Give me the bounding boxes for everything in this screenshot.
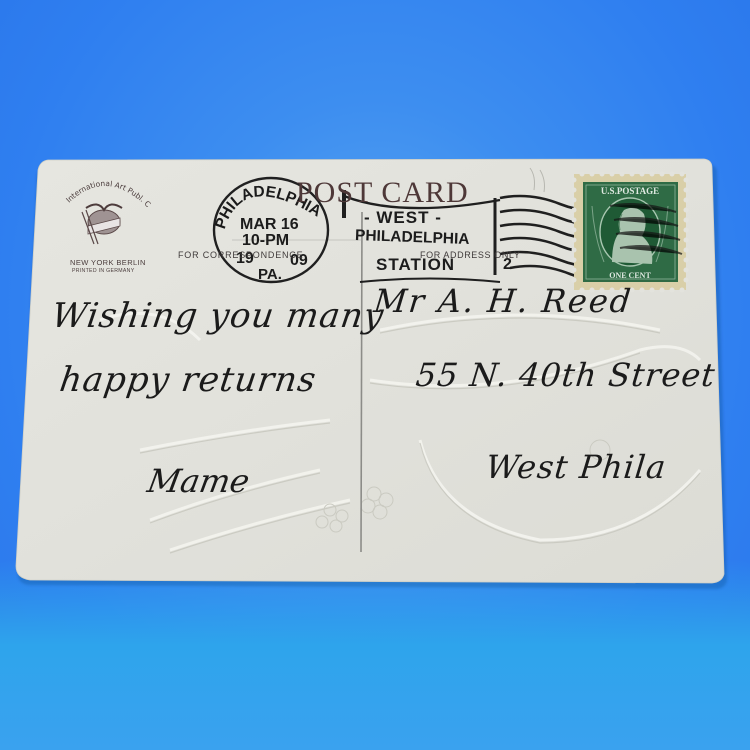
message-signature: Mame [145,462,253,500]
message-line-2: happy returns [57,360,319,400]
postmark-state: PA. [258,266,282,283]
cancel-number: 2 [503,256,512,274]
stamp-bottom-text: ONE CENT [609,271,651,280]
message-line-1: Wishing you many [49,296,387,336]
address-city: West Phila [484,448,668,486]
divider-line [361,212,362,552]
address-street: 55 N. 40th Street [414,356,717,394]
postage-stamp: U.S.POSTAGE ONE CENT [572,172,689,293]
stamp-top-text: U.S.POSTAGE [601,186,659,196]
postcard: International Art Publ. Co. PHILADELPHIA [0,0,750,750]
publisher-cities: NEW YORK BERLIN [70,258,146,267]
post-card-title: POST CARD [296,176,469,210]
postmark-time: 10-PM [242,232,289,250]
cancel-line-3: STATION [376,255,455,275]
address-name: Mr A. H. Reed [372,282,634,320]
cancel-line-1: - WEST - [364,208,442,228]
publisher-printed: PRINTED IN GERMANY [72,268,134,274]
for-correspondence-label: FOR CORRESPONDENCE [178,250,303,260]
